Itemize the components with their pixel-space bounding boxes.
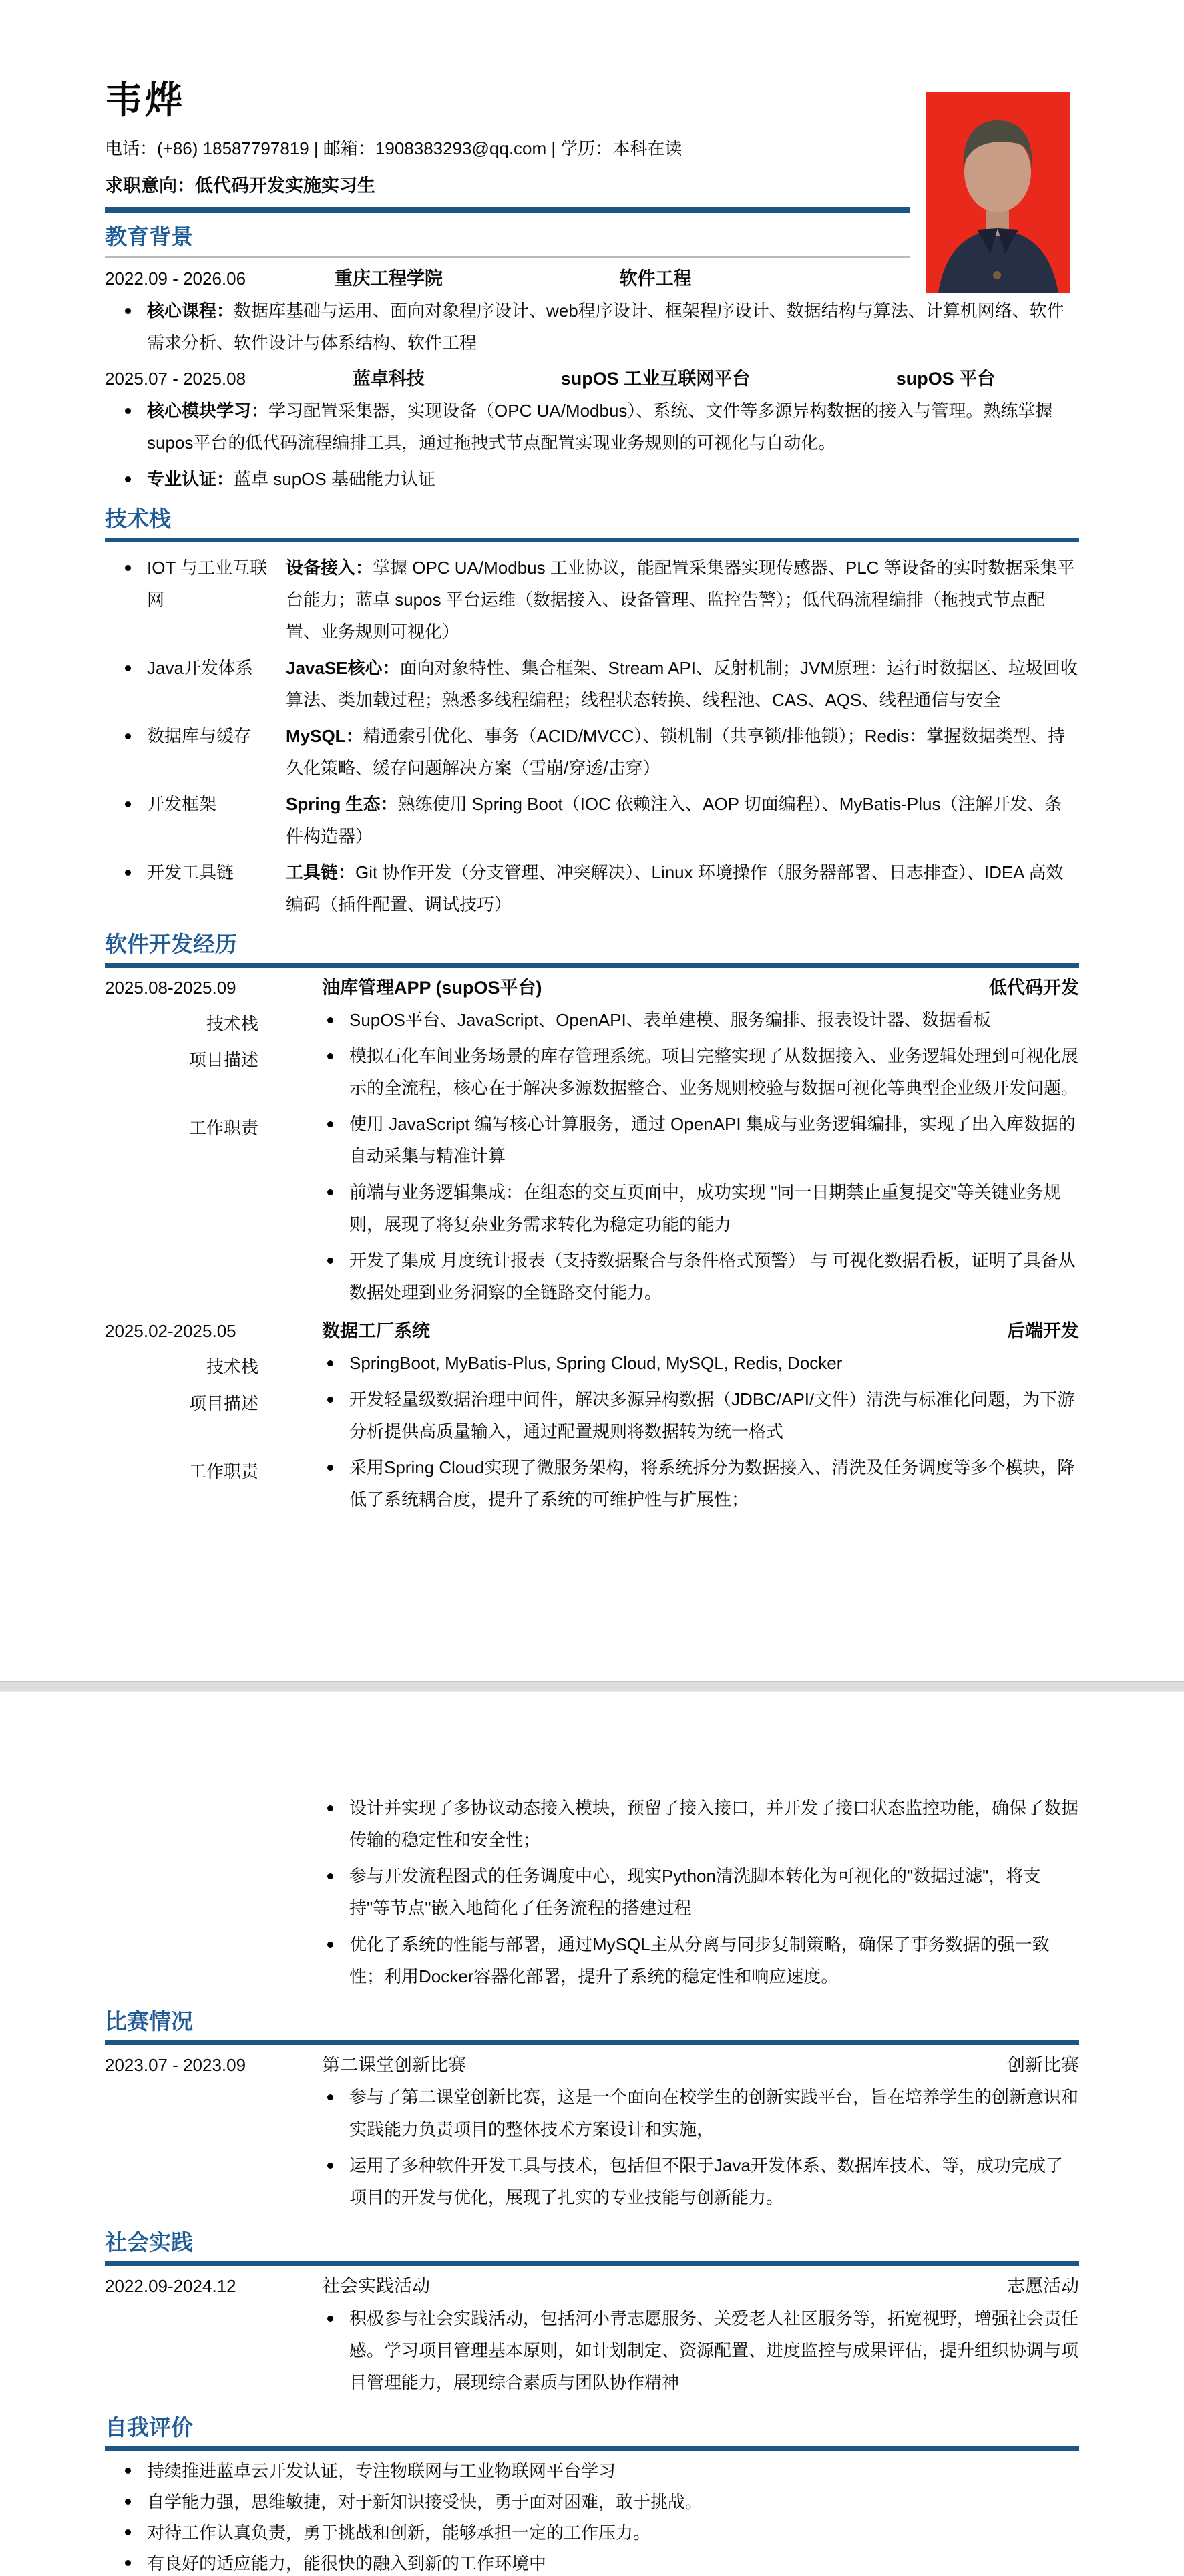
project-stack-row: 技术栈 SupOS平台、JavaScript、OpenAPI、表单建模、服务编排…	[105, 1004, 1079, 1036]
tech-text: Git 协作开发（分支管理、冲突解决）、Linux 环境操作（服务器部署、日志排…	[286, 862, 1063, 914]
competition-name: 第二课堂创新比赛	[322, 2053, 1007, 2077]
tech-category: Java开发体系	[147, 652, 274, 716]
project-header: 2025.02-2025.05 数据工厂系统 后端开发	[105, 1319, 1079, 1343]
project-stack-row: 技术栈 SpringBoot, MyBatis-Plus, Spring Clo…	[105, 1347, 1079, 1379]
resume-page-2: 设计并实现了多协议动态接入模块，预留了接入接口，并开发了接口状态监控功能，确保了…	[0, 1692, 1184, 2576]
project-bullet: 参与开发流程图式的任务调度中心，现实Python清洗脚本转化为可视化的"数据过滤…	[105, 1860, 1079, 1924]
tech-category: IOT 与工业互联网	[147, 552, 274, 648]
project-bullet: 开发了集成 月度统计报表（支持数据聚合与条件格式预警） 与 可视化数据看板，证明…	[105, 1244, 1079, 1308]
education-row: 2025.07 - 2025.08 蓝卓科技 supOS 工业互联网平台 sup…	[105, 367, 1079, 391]
education-date: 2025.07 - 2025.08	[105, 367, 278, 391]
competition-date: 2023.07 - 2023.09	[105, 2053, 322, 2077]
project-block: 2025.08-2025.09 油库管理APP (supOS平台) 低代码开发 …	[105, 976, 1079, 1308]
social-title: 社会实践	[105, 2229, 1079, 2256]
project-bullet: 开发轻量级数据治理中间件，解决多源异构数据（JDBC/API/文件）清洗与标准化…	[105, 1383, 1079, 1447]
social-divider	[105, 2261, 1079, 2266]
competition-bullet: 运用了多种软件开发工具与技术，包括但不限于Java开发体系、数据库技术、等，成功…	[105, 2149, 1079, 2213]
self-eval-bullet: 持续推进蓝卓云开发认证，专注物联网与工业物联网平台学习	[105, 2456, 1079, 2486]
page-separator	[0, 1681, 1184, 1692]
project-header: 2025.08-2025.09 油库管理APP (supOS平台) 低代码开发	[105, 976, 1079, 1000]
bullet-lead: 专业认证：	[147, 469, 234, 489]
tech-text: 掌握 OPC UA/Modbus 工业协议，能配置采集器实现传感器、PLC 等设…	[286, 558, 1075, 642]
project-bullet: 模拟石化车间业务场景的库存管理系统。项目完整实现了从数据接入、业务逻辑处理到可视…	[105, 1040, 1079, 1104]
tech-lead: JavaSE核心：	[286, 658, 400, 678]
self-eval-divider	[105, 2446, 1079, 2451]
section-competition: 比赛情况 2023.07 - 2023.09 第二课堂创新比赛 创新比赛 参与了…	[105, 2008, 1079, 2213]
bullet-lead: 核心课程：	[147, 301, 234, 321]
tech-category: 数据库与缓存	[147, 720, 274, 784]
self-eval-bullet: 自学能力强，思维敏捷，对于新知识接受快，勇于面对困难，敢于挑战。	[105, 2487, 1079, 2517]
project-name: 油库管理APP (supOS平台)	[322, 976, 989, 1000]
competition-tag: 创新比赛	[1007, 2053, 1079, 2077]
project-bullet: 前端与业务逻辑集成：在组态的交互页面中，成功实现 "同一日期禁止重复提交"等关键…	[105, 1176, 1079, 1240]
education-date: 2022.09 - 2026.06	[105, 266, 278, 291]
education-degree: supOS 平台	[812, 367, 1079, 391]
project-role-tag: 后端开发	[1007, 1319, 1079, 1343]
experience-divider	[105, 963, 1079, 968]
resume-page-1: 韦烨 电话：(+86) 18587797819 | 邮箱：1908383293@…	[0, 0, 1184, 1681]
education-school: 重庆工程学院	[278, 266, 499, 291]
bullet-text: 学习配置采集器，实现设备（OPC UA/Modbus）、系统、文件等多源异构数据…	[147, 401, 1052, 453]
header-divider	[105, 207, 910, 213]
tech-divider	[105, 538, 1079, 542]
project-role-tag: 低代码开发	[989, 976, 1079, 1000]
tech-title: 技术栈	[105, 506, 1079, 532]
education-bullet: 核心课程：数据库基础与运用、面向对象程序设计、web程序设计、框架程序设计、数据…	[105, 295, 1079, 359]
social-tag: 志愿活动	[1007, 2274, 1079, 2298]
competition-divider	[105, 2040, 1079, 2045]
education-school: 蓝卓科技	[278, 367, 499, 391]
project-duty-row: 工作职责 采用Spring Cloud实现了微服务架构，将系统拆分为数据接入、清…	[105, 1451, 1079, 1515]
project-name: 数据工厂系统	[322, 1319, 1007, 1343]
project-date: 2025.08-2025.09	[105, 976, 322, 1000]
id-photo-graphic	[926, 92, 1070, 293]
education-bullet: 核心模块学习：学习配置采集器，实现设备（OPC UA/Modbus）、系统、文件…	[105, 395, 1079, 459]
tech-text: 熟练使用 Spring Boot（IOC 依赖注入、AOP 切面编程）、MyBa…	[286, 794, 1062, 846]
social-bullet: 积极参与社会实践活动，包括河小青志愿服务、关爱老人社区服务等，拓宽视野，增强社会…	[105, 2302, 1079, 2398]
tech-lead: 工具链：	[286, 862, 355, 882]
tech-lead: Spring 生态：	[286, 794, 398, 814]
project-block: 2025.02-2025.05 数据工厂系统 后端开发 技术栈 SpringBo…	[105, 1319, 1079, 1515]
self-eval-bullet: 对待工作认真负责，勇于挑战和创新，能够承担一定的工作压力。	[105, 2518, 1079, 2547]
tech-item: IOT 与工业互联网 设备接入：掌握 OPC UA/Modbus 工业协议，能配…	[105, 552, 1079, 648]
social-header: 2022.09-2024.12 社会实践活动 志愿活动	[105, 2274, 1079, 2298]
self-eval-bullet: 有良好的适应能力，能很快的融入到新的工作环境中	[105, 2549, 1079, 2576]
project-duty-continuation: 设计并实现了多协议动态接入模块，预留了接入接口，并开发了接口状态监控功能，确保了…	[105, 1792, 1079, 1992]
tech-item: 开发工具链 工具链：Git 协作开发（分支管理、冲突解决）、Linux 环境操作…	[105, 856, 1079, 920]
project-desc-row: 项目描述 开发轻量级数据治理中间件，解决多源异构数据（JDBC/API/文件）清…	[105, 1383, 1079, 1447]
project-bullet: 使用 JavaScript 编写核心计算服务，通过 OpenAPI 集成与业务逻…	[105, 1108, 1079, 1172]
experience-title: 软件开发经历	[105, 931, 1079, 958]
tech-text: 精通索引优化、事务（ACID/MVCC）、锁机制（共享锁/排他锁）；Redis：…	[286, 726, 1065, 778]
education-major: 软件工程	[499, 266, 812, 291]
tech-item: 开发框架 Spring 生态：熟练使用 Spring Boot（IOC 依赖注入…	[105, 788, 1079, 852]
social-name: 社会实践活动	[322, 2274, 1007, 2298]
section-experience: 软件开发经历 2025.08-2025.09 油库管理APP (supOS平台)…	[105, 931, 1079, 1515]
project-date: 2025.02-2025.05	[105, 1319, 322, 1343]
social-date: 2022.09-2024.12	[105, 2274, 322, 2298]
project-bullet: SpringBoot, MyBatis-Plus, Spring Cloud, …	[105, 1347, 1079, 1379]
id-photo	[926, 92, 1070, 293]
project-desc-row: 项目描述 模拟石化车间业务场景的库存管理系统。项目完整实现了从数据接入、业务逻辑…	[105, 1040, 1079, 1104]
education-bullet: 专业认证：蓝卓 supOS 基础能力认证	[105, 463, 1079, 495]
tech-item: Java开发体系 JavaSE核心：面向对象特性、集合框架、Stream API…	[105, 652, 1079, 716]
project-bullet: 设计并实现了多协议动态接入模块，预留了接入接口，并开发了接口状态监控功能，确保了…	[105, 1792, 1079, 1856]
section-tech-stack: 技术栈 IOT 与工业互联网 设备接入：掌握 OPC UA/Modbus 工业协…	[105, 506, 1079, 920]
competition-header: 2023.07 - 2023.09 第二课堂创新比赛 创新比赛	[105, 2053, 1079, 2077]
project-bullet: 采用Spring Cloud实现了微服务架构，将系统拆分为数据接入、清洗及任务调…	[105, 1451, 1079, 1515]
bullet-lead: 核心模块学习：	[147, 401, 268, 421]
project-bullet: SupOS平台、JavaScript、OpenAPI、表单建模、服务编排、报表设…	[105, 1004, 1079, 1036]
self-eval-title: 自我评价	[105, 2414, 1079, 2441]
section-self-evaluation: 自我评价 持续推进蓝卓云开发认证，专注物联网与工业物联网平台学习 自学能力强，思…	[105, 2414, 1079, 2576]
tech-category: 开发框架	[147, 788, 274, 852]
tech-text: 面向对象特性、集合框架、Stream API、反射机制；JVM原理：运行时数据区…	[286, 658, 1078, 710]
section-social-practice: 社会实践 2022.09-2024.12 社会实践活动 志愿活动 积极参与社会实…	[105, 2229, 1079, 2398]
project-duty-row: 工作职责 使用 JavaScript 编写核心计算服务，通过 OpenAPI 集…	[105, 1108, 1079, 1308]
bullet-text: 数据库基础与运用、面向对象程序设计、web程序设计、框架程序设计、数据结构与算法…	[147, 301, 1064, 353]
project-bullet: 优化了系统的性能与部署，通过MySQL主从分离与同步复制策略，确保了事务数据的强…	[105, 1928, 1079, 1992]
competition-title: 比赛情况	[105, 2008, 1079, 2035]
tech-category: 开发工具链	[147, 856, 274, 920]
bullet-text: 蓝卓 supOS 基础能力认证	[234, 469, 435, 489]
education-divider	[105, 256, 910, 258]
tech-lead: 设备接入：	[286, 558, 373, 578]
tech-lead: MySQL：	[286, 726, 363, 746]
competition-bullet: 参与了第二课堂创新比赛，这是一个面向在校学生的创新实践平台，旨在培养学生的创新意…	[105, 2081, 1079, 2145]
tech-item: 数据库与缓存 MySQL：精通索引优化、事务（ACID/MVCC）、锁机制（共享…	[105, 720, 1079, 784]
education-major: supOS 工业互联网平台	[499, 367, 812, 391]
